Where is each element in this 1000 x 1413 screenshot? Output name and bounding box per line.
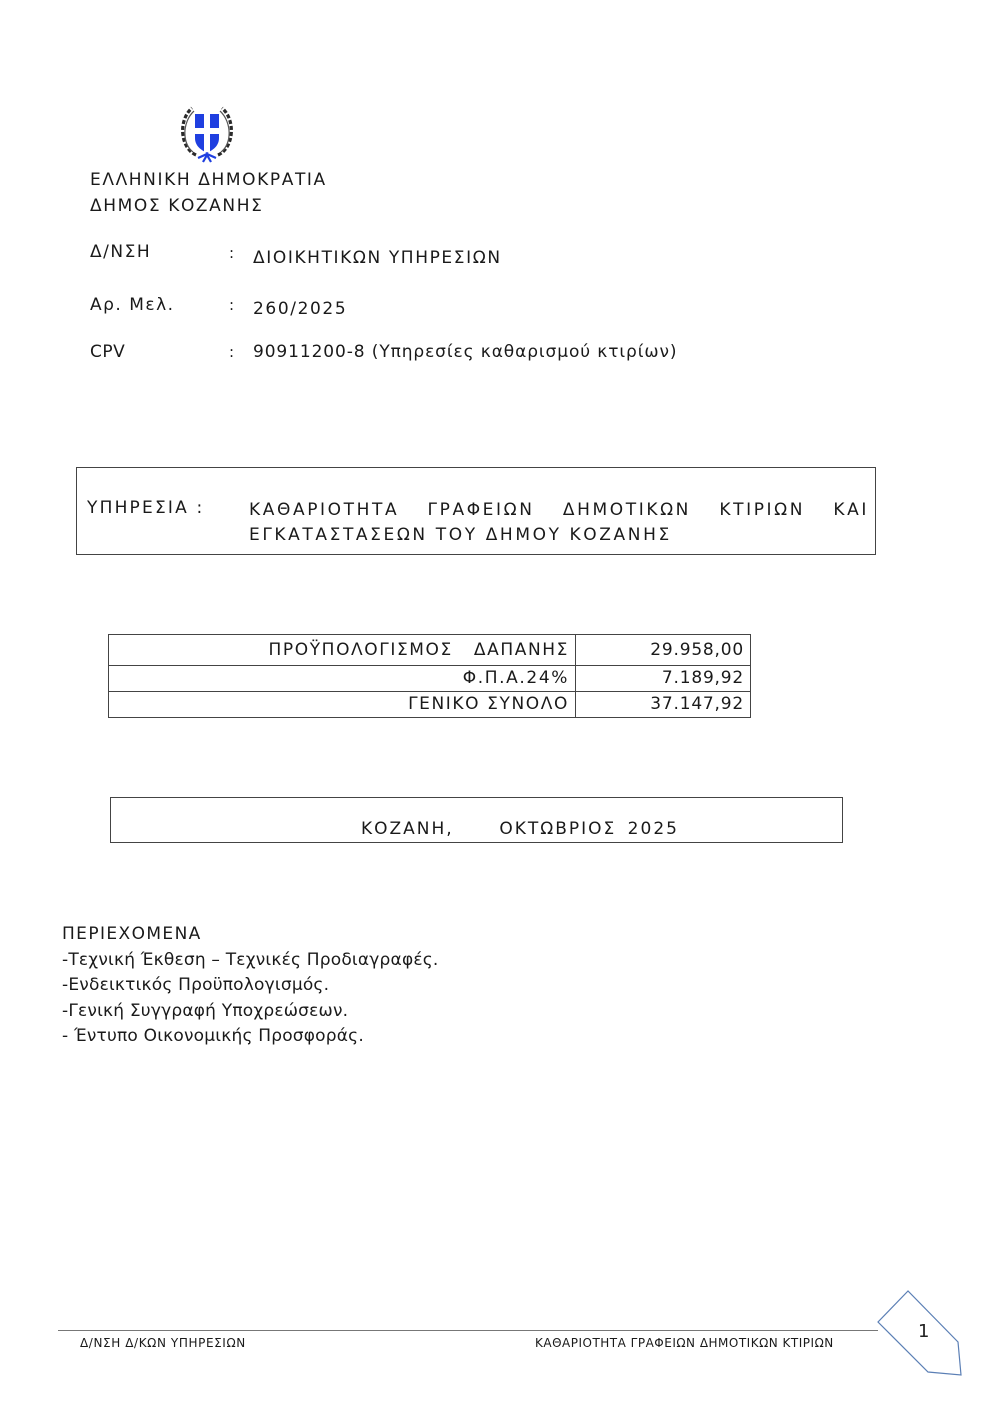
grand-total-value: 37.147,92 <box>576 692 751 718</box>
list-item: -Τεχνική Έκθεση – Τεχνικές Προδιαγραφές. <box>62 948 439 974</box>
contents-title: ΠΕΡΙΕΧΟΜΕΝΑ <box>62 922 439 948</box>
directorate-label: Δ/ΝΣΗ <box>90 242 151 262</box>
list-item: -Γενική Συγγραφή Υποχρεώσεων. <box>62 999 439 1025</box>
place-date: ΚΟΖΑΝΗ, ΟΚΤΩΒΡΙΟΣ 2025 <box>361 819 679 839</box>
footer-directorate: Δ/ΝΣΗ Δ/ΚΩΝ ΥΠΗΡΕΣΙΩΝ <box>80 1336 246 1350</box>
greek-state-emblem-icon <box>176 100 238 164</box>
budget-label: ΠΡΟΫΠΟΛΟΓΙΣΜΟΣ ΔΑΠΑΝΗΣ <box>109 635 576 666</box>
cpv-value: 90911200-8 (Υπηρεσίες καθαρισμού κτιρίων… <box>253 342 677 362</box>
country-name: ΕΛΛΗΝΙΚΗ ΔΗΜΟΚΡΑΤΙΑ <box>90 170 327 190</box>
footer-title: ΚΑΘΑΡΙΟΤΗΤΑ ΓΡΑΦΕΙΩΝ ΔΗΜΟΤΙΚΩΝ ΚΤΙΡΙΩΝ <box>535 1336 834 1350</box>
table-row: Φ.Π.Α.24% 7.189,92 <box>109 666 751 692</box>
budget-table: ΠΡΟΫΠΟΛΟΓΙΣΜΟΣ ΔΑΠΑΝΗΣ 29.958,00 Φ.Π.Α.2… <box>108 634 751 718</box>
budget-value: 29.958,00 <box>576 635 751 666</box>
service-line-2: ΕΓΚΑΤΑΣΤΑΣΕΩΝ ΤΟΥ ΔΗΜΟΥ ΚΟΖΑΝΗΣ <box>249 525 672 545</box>
table-row: ΓΕΝΙΚΟ ΣΥΝΟΛΟ 37.147,92 <box>109 692 751 718</box>
table-row: ΠΡΟΫΠΟΛΟΓΙΣΜΟΣ ΔΑΠΑΝΗΣ 29.958,00 <box>109 635 751 666</box>
directorate-value: ΔΙΟΙΚΗΤΙΚΩΝ ΥΠΗΡΕΣΙΩΝ <box>253 248 502 268</box>
study-number-colon: : <box>229 296 234 314</box>
vat-value: 7.189,92 <box>576 666 751 692</box>
cpv-label: CPV <box>90 342 125 362</box>
date-box: ΚΟΖΑΝΗ, ΟΚΤΩΒΡΙΟΣ 2025 <box>110 797 843 843</box>
page-number: 1 <box>918 1321 929 1342</box>
service-label: ΥΠΗΡΕΣΙΑ : <box>87 498 204 518</box>
study-number-value: 260/2025 <box>253 299 347 319</box>
service-description: ΚΑΘΑΡΙΟΤΗΤΑ ΓΡΑΦΕΙΩΝ ΔΗΜΟΤΙΚΩΝ ΚΤΙΡΙΩΝ Κ… <box>249 498 869 548</box>
footer-divider <box>58 1330 878 1331</box>
grand-total-label: ΓΕΝΙΚΟ ΣΥΝΟΛΟ <box>109 692 576 718</box>
municipality-name: ΔΗΜΟΣ ΚΟΖΑΝΗΣ <box>90 196 263 216</box>
vat-label: Φ.Π.Α.24% <box>109 666 576 692</box>
directorate-colon: : <box>229 244 234 262</box>
cpv-colon: : <box>229 343 234 361</box>
list-item: - Έντυπο Οικονομικής Προσφοράς. <box>62 1024 439 1050</box>
contents-section: ΠΕΡΙΕΧΟΜΕΝΑ -Τεχνική Έκθεση – Τεχνικές Π… <box>62 922 439 1050</box>
list-item: -Ενδεικτικός Προϋπολογισμός. <box>62 973 439 999</box>
service-line-1: ΚΑΘΑΡΙΟΤΗΤΑ ΓΡΑΦΕΙΩΝ ΔΗΜΟΤΙΚΩΝ ΚΤΙΡΙΩΝ Κ… <box>249 498 869 523</box>
study-number-label: Αρ. Μελ. <box>90 295 175 315</box>
service-box: ΥΠΗΡΕΣΙΑ : ΚΑΘΑΡΙΟΤΗΤΑ ΓΡΑΦΕΙΩΝ ΔΗΜΟΤΙΚΩ… <box>76 467 876 555</box>
